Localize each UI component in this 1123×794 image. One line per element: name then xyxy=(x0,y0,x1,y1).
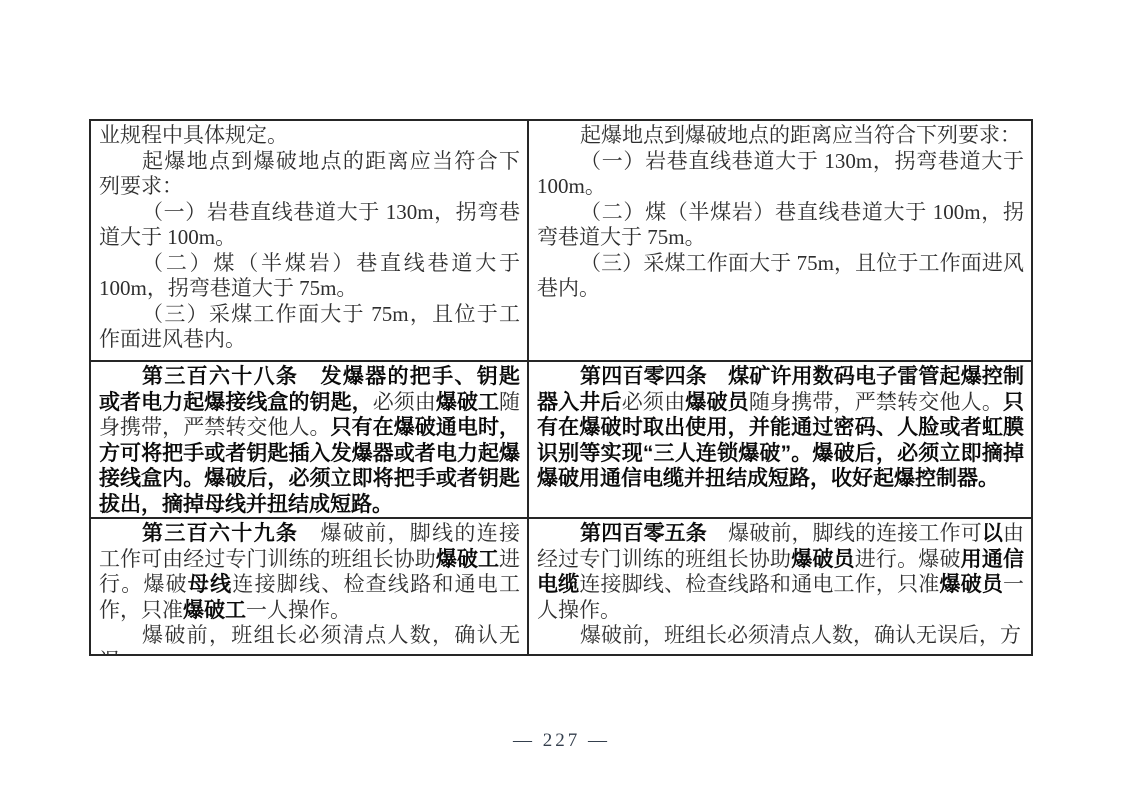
table-cell-old-row2: 第三百六十八条 发爆器的把手、钥匙或者电力起爆接线盒的钥匙，必须由爆破工随身携带… xyxy=(91,362,529,519)
text-run: 爆破工 xyxy=(436,391,499,414)
table-cell-new-row1: 起爆地点到爆破地点的距离应当符合下列要求：（一）岩巷直线巷道大于 130m，拐弯… xyxy=(529,121,1031,362)
paragraph: 爆破前，班组长必须清点人数，确认无误后，方 xyxy=(537,623,1024,649)
text-run: （二）煤（半煤岩）巷直线巷道大于 100m，拐弯巷道大于 75m。 xyxy=(99,251,520,301)
regulation-comparison-table: 业规程中具体规定。起爆地点到爆破地点的距离应当符合下列要求：（一）岩巷直线巷道大… xyxy=(89,119,1033,656)
paragraph: （二）煤（半煤岩）巷直线巷道大于 100m，拐弯巷道大于 75m。 xyxy=(537,200,1024,251)
text-run: （三）采煤工作面大于 75m，且位于工作面进风巷内。 xyxy=(537,251,1024,301)
text-run: 爆破前，班组长必须清点人数，确认无误 xyxy=(99,623,520,654)
text-run: 爆破工 xyxy=(183,599,246,622)
paragraph: （三）采煤工作面大于 75m，且位于工作面进风巷内。 xyxy=(99,302,520,353)
document-page: 业规程中具体规定。起爆地点到爆破地点的距离应当符合下列要求：（一）岩巷直线巷道大… xyxy=(0,0,1123,794)
table-cell-new-row2: 第四百零四条 煤矿许用数码电子雷管起爆控制器入井后必须由爆破员随身携带，严禁转交… xyxy=(529,362,1031,519)
text-run: 第三百六十九条 xyxy=(142,522,298,545)
text-run: 业规程中具体规定。 xyxy=(99,123,288,147)
paragraph: （一）岩巷直线巷道大于 130m，拐弯巷道大于 100m。 xyxy=(99,200,520,251)
text-run: 母线 xyxy=(188,573,232,596)
paragraph: 业规程中具体规定。 xyxy=(99,123,520,149)
text-run: （二）煤（半煤岩）巷直线巷道大于 100m，拐弯巷道大于 75m。 xyxy=(537,200,1024,250)
text-run: 爆破前，班组长必须清点人数，确认无误后，方 xyxy=(580,623,1021,647)
paragraph: （三）采煤工作面大于 75m，且位于工作面进风巷内。 xyxy=(537,251,1024,302)
paragraph: 第三百六十八条 发爆器的把手、钥匙或者电力起爆接线盒的钥匙，必须由爆破工随身携带… xyxy=(99,364,520,517)
paragraph: 第三百六十九条 爆破前，脚线的连接工作可由经过专门训练的班组长协助爆破工进行。爆… xyxy=(99,521,520,623)
text-run: 进行。爆破 xyxy=(855,547,961,571)
paragraph: 第四百零四条 煤矿许用数码电子雷管起爆控制器入井后必须由爆破员随身携带，严禁转交… xyxy=(537,364,1024,492)
paragraph: 起爆地点到爆破地点的距离应当符合下列要求： xyxy=(99,149,520,200)
text-run: 必须由 xyxy=(622,390,686,414)
text-run: 以 xyxy=(982,522,1003,545)
text-run: （一）岩巷直线巷道大于 130m，拐弯巷道大于 100m。 xyxy=(537,149,1024,199)
text-run: 必须由 xyxy=(373,390,436,414)
table-cell-old-row1: 业规程中具体规定。起爆地点到爆破地点的距离应当符合下列要求：（一）岩巷直线巷道大… xyxy=(91,121,529,362)
text-run: 起爆地点到爆破地点的距离应当符合下列要求： xyxy=(580,123,1021,147)
text-run: 爆破员 xyxy=(685,391,749,414)
text-run: 爆破前，脚线的连接工作可 xyxy=(707,521,982,545)
paragraph: 起爆地点到爆破地点的距离应当符合下列要求： xyxy=(537,123,1024,149)
page-number: — 227 — xyxy=(0,730,1123,752)
paragraph: （一）岩巷直线巷道大于 130m，拐弯巷道大于 100m。 xyxy=(537,149,1024,200)
text-run: 起爆地点到爆破地点的距离应当符合下列要求： xyxy=(99,149,520,199)
text-run: 连接脚线、检查线路和通电工作，只准 xyxy=(579,572,939,596)
table-cell-old-row3: 第三百六十九条 爆破前，脚线的连接工作可由经过专门训练的班组长协助爆破工进行。爆… xyxy=(91,519,529,654)
text-run: 随身携带，严禁转交他人。 xyxy=(749,390,1003,414)
text-run: （三）采煤工作面大于 75m，且位于工作面进风巷内。 xyxy=(99,302,520,352)
paragraph: 第四百零五条 爆破前，脚线的连接工作可以由经过专门训练的班组长协助爆破员进行。爆… xyxy=(537,521,1024,623)
text-run: 爆破工 xyxy=(436,548,499,571)
text-run: 一人操作。 xyxy=(246,598,351,622)
paragraph: 爆破前，班组长必须清点人数，确认无误 xyxy=(99,623,520,654)
paragraph: （二）煤（半煤岩）巷直线巷道大于 100m，拐弯巷道大于 75m。 xyxy=(99,251,520,302)
text-run: 第四百零五条 xyxy=(580,522,707,545)
text-run: 爆破员 xyxy=(791,548,855,571)
text-run: （一）岩巷直线巷道大于 130m，拐弯巷道大于 100m。 xyxy=(99,200,520,250)
text-run: 爆破员 xyxy=(939,573,1003,596)
table-cell-new-row3: 第四百零五条 爆破前，脚线的连接工作可以由经过专门训练的班组长协助爆破员进行。爆… xyxy=(529,519,1031,654)
